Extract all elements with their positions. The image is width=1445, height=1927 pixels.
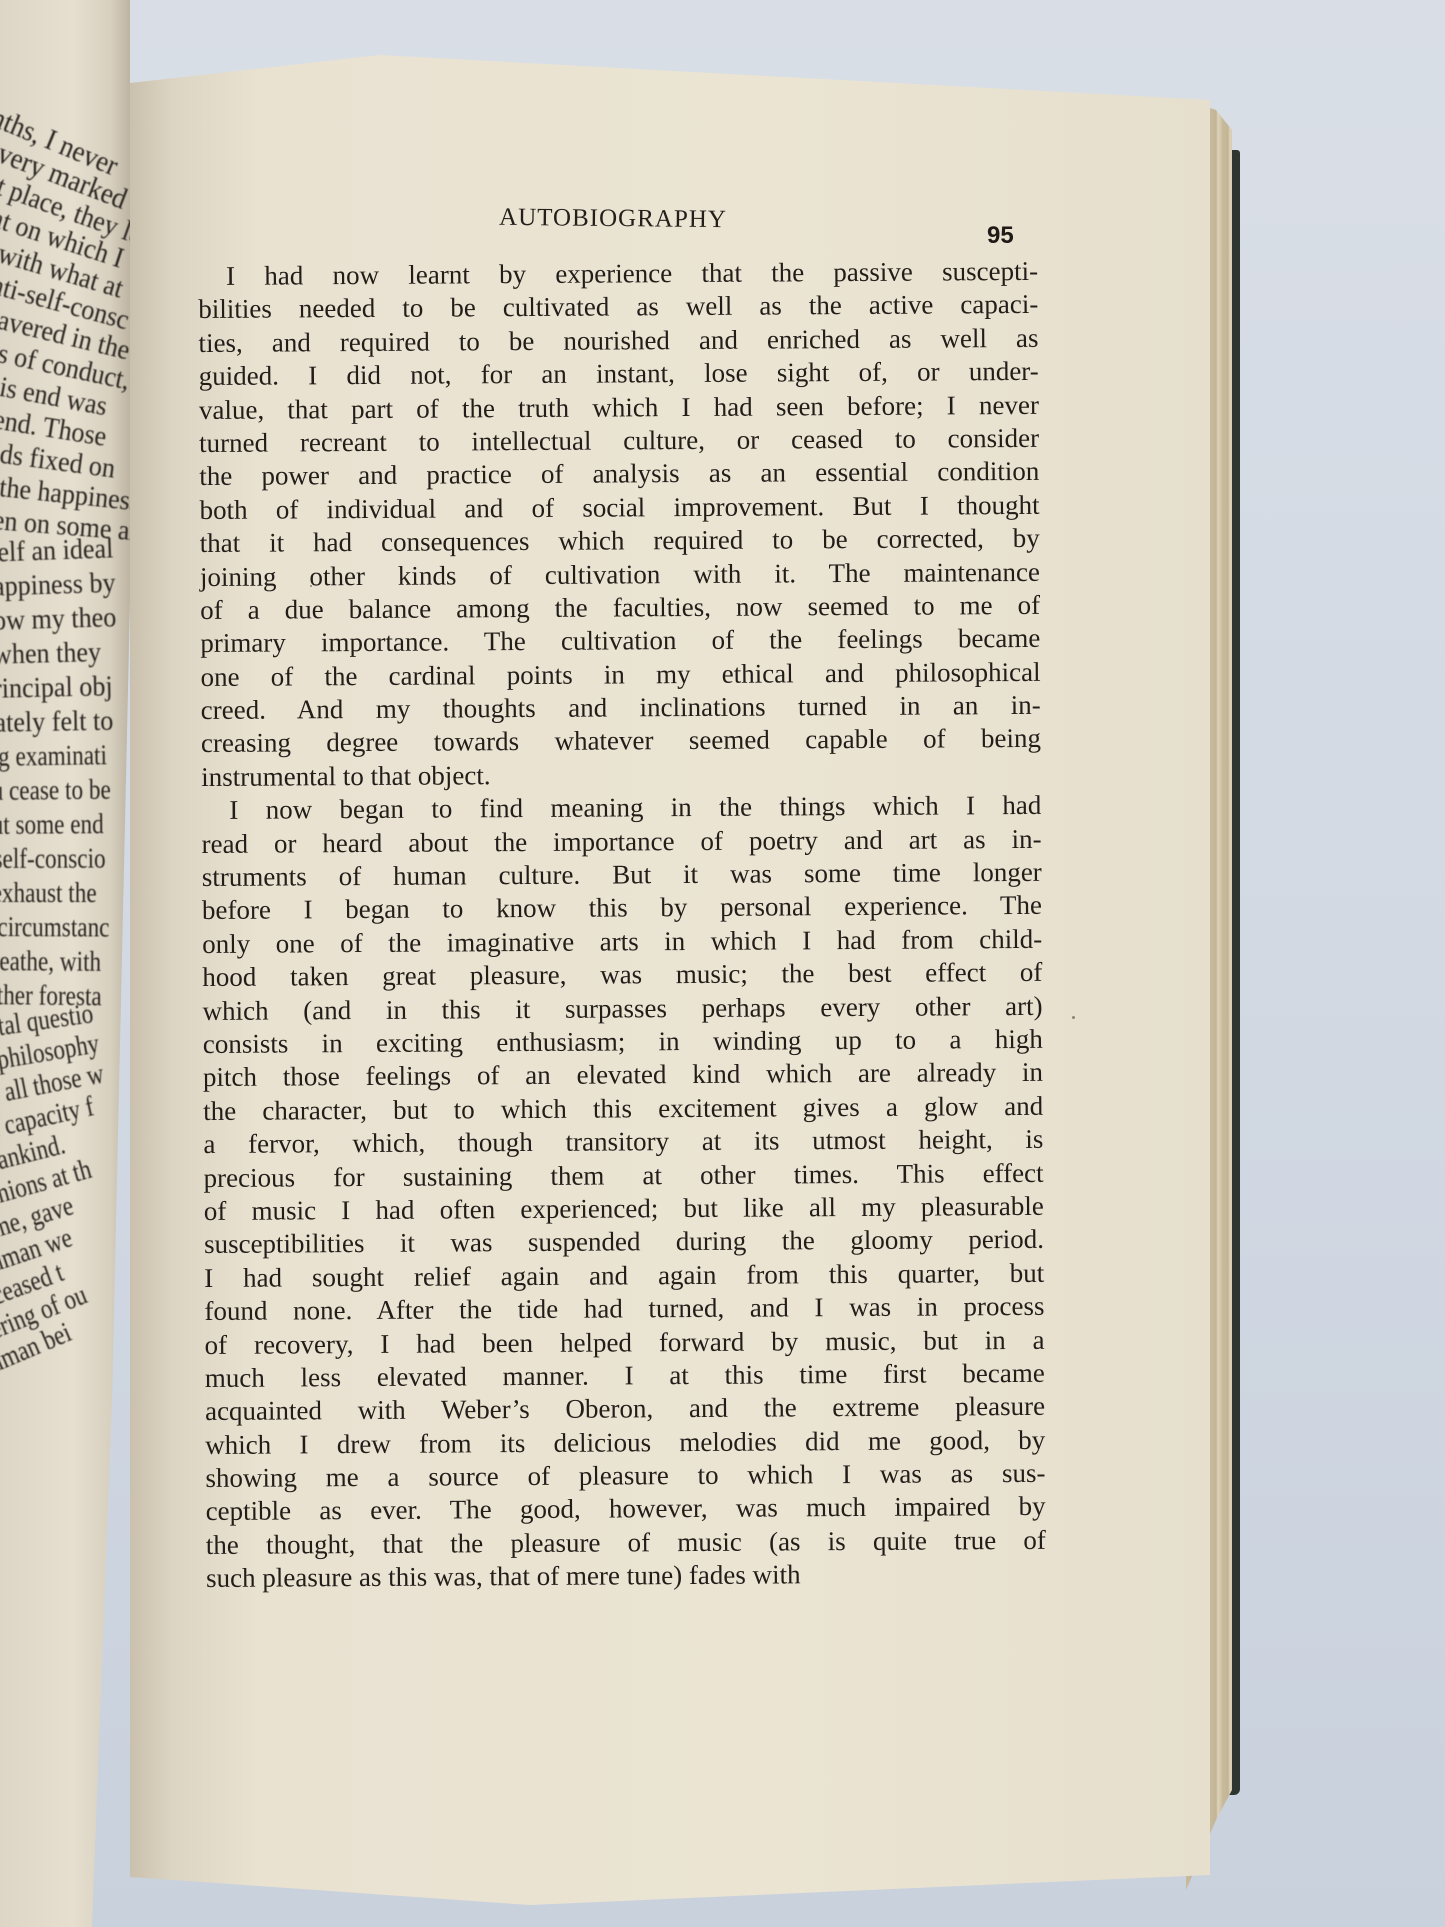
text-line: of music I had often experienced; but li… bbox=[204, 1190, 1044, 1229]
text-line: one of the cardinal points in my ethical… bbox=[200, 656, 1040, 695]
text-line: pitch those feelings of an elevated kind… bbox=[203, 1056, 1043, 1095]
left-page-fragment: tself an ideal bbox=[0, 531, 125, 570]
text-line: I had now learnt by experience that the … bbox=[198, 255, 1038, 294]
text-line: the character, but to which this excitem… bbox=[203, 1090, 1043, 1129]
text-line: showing me a source of pleasure to which… bbox=[205, 1457, 1045, 1496]
text-line: which (and in this it surpasses perhaps … bbox=[202, 989, 1042, 1028]
left-page-fragment: y circumstanc bbox=[0, 910, 108, 944]
text-line: I now began to find meaning in the thing… bbox=[201, 789, 1041, 828]
text-line: such pleasure as this was, that of mere … bbox=[206, 1557, 1046, 1596]
text-line: joining other kinds of cultivation with … bbox=[200, 555, 1040, 594]
left-page-fragment: , exhaust the bbox=[0, 876, 108, 910]
text-line: hood taken great pleasure, was music; th… bbox=[202, 956, 1042, 995]
text-line: of recovery, I had been helped forward b… bbox=[205, 1323, 1045, 1362]
facing-left-page: d.onths, I nevero very marked effrst pla… bbox=[0, 0, 130, 1927]
text-line: of a due balance among the faculties, no… bbox=[200, 589, 1040, 628]
left-page-text-fragments: d.onths, I nevero very marked effrst pla… bbox=[0, 60, 130, 1386]
text-line: creasing degree towards whatever seemed … bbox=[201, 722, 1041, 761]
text-line: value, that part of the truth which I ha… bbox=[199, 388, 1039, 427]
text-line: acquainted with Weber’s Oberon, and the … bbox=[205, 1390, 1045, 1429]
text-line: consists in exciting enthusiasm; in wind… bbox=[203, 1023, 1043, 1062]
left-page-fragment: principal obj bbox=[0, 669, 124, 706]
text-line: much less elevated manner. I at this tim… bbox=[205, 1357, 1045, 1396]
left-page-fragment: r self-conscio bbox=[0, 842, 108, 876]
text-line: precious for sustaining them at other ti… bbox=[204, 1156, 1044, 1195]
running-head: AUTOBIOGRAPHY bbox=[477, 204, 749, 235]
left-page-fragment: breathe, with bbox=[0, 944, 108, 979]
text-line: instrumental to that object. bbox=[201, 756, 1041, 795]
text-line: before I began to know this by personal … bbox=[202, 889, 1042, 928]
text-line: primary importance. The cultivation of t… bbox=[200, 622, 1040, 661]
text-line: ties, and required to be nourished and e… bbox=[198, 322, 1038, 361]
left-page-fragment: ou cease to be bbox=[0, 773, 108, 808]
text-line: susceptibilities it was suspended during… bbox=[204, 1223, 1044, 1262]
text-line: ceptible as ever. The good, however, was… bbox=[206, 1490, 1046, 1529]
left-page-fragment: happiness by bbox=[0, 565, 124, 604]
text-line: the power and practice of analysis as an… bbox=[199, 455, 1039, 494]
text-line: the thought, that the pleasure of music … bbox=[206, 1524, 1046, 1563]
paper-speck bbox=[310, 585, 312, 587]
left-page-fragment: , when they bbox=[0, 634, 124, 672]
text-line: which I drew from its delicious melodies… bbox=[205, 1424, 1045, 1463]
text-line: guided. I did not, for an instant, lose … bbox=[199, 355, 1039, 394]
page-number: 95 bbox=[987, 222, 1014, 250]
text-line: bilities needed to be cultivated as well… bbox=[198, 288, 1038, 327]
page-body-text: I had now learnt by experience that the … bbox=[198, 255, 1046, 1596]
text-line: read or heard about the importance of po… bbox=[201, 822, 1041, 861]
right-page: AUTOBIOGRAPHY 95 I had now learnt by exp… bbox=[130, 55, 1210, 1905]
text-line: only one of the imaginative arts in whic… bbox=[202, 923, 1042, 962]
text-line: that it had consequences which required … bbox=[200, 522, 1040, 561]
text-line: turned recreant to intellectual culture,… bbox=[199, 422, 1039, 461]
left-page-fragment: ing examinati bbox=[0, 738, 108, 774]
text-line: I had sought relief again and again from… bbox=[204, 1257, 1044, 1296]
left-page-fragment: now my theo bbox=[0, 600, 124, 638]
text-line: a fervor, which, though transitory at it… bbox=[203, 1123, 1043, 1162]
text-line: struments of human culture. But it was s… bbox=[202, 856, 1042, 895]
text-line: found none. After the tide had turned, a… bbox=[204, 1290, 1044, 1329]
left-page-fragment: out some end bbox=[0, 807, 108, 842]
paper-speck bbox=[1072, 1016, 1075, 1019]
left-page-fragment: liately felt to bbox=[0, 703, 124, 740]
text-line: creed. And my thoughts and inclinations … bbox=[201, 689, 1041, 728]
text-line: both of individual and of social improve… bbox=[199, 489, 1039, 528]
